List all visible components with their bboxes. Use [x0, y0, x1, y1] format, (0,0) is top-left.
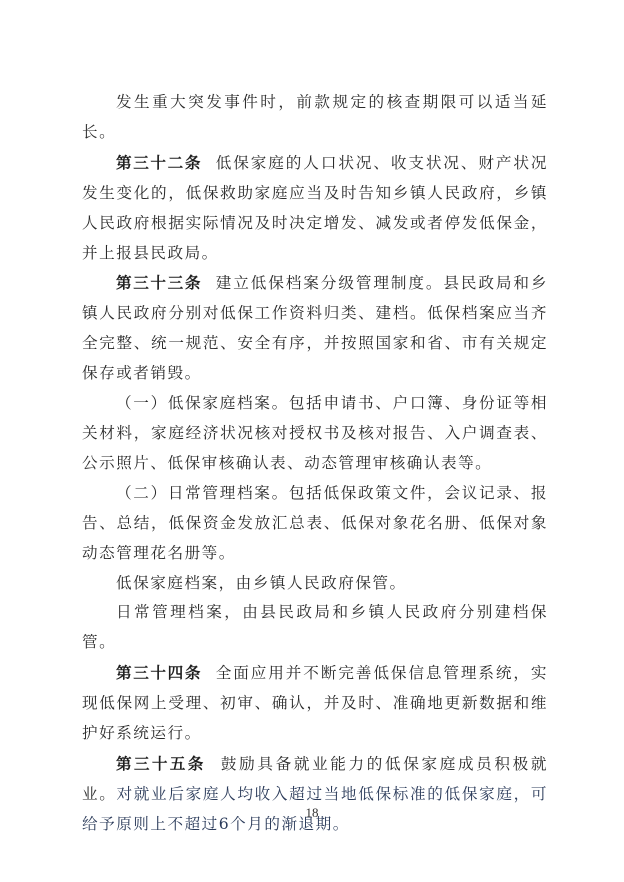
page-number: 18 — [0, 805, 624, 821]
item-daily-archive: （二）日常管理档案。包括低保政策文件，会议记录、报告、总结，低保资金发放汇总表、… — [82, 479, 548, 569]
paragraph-family-archive-custody: 低保家庭档案，由乡镇人民政府保管。 — [82, 569, 548, 599]
article-33: 第三十三条 建立低保档案分级管理制度。县民政局和乡镇人民政府分别对低保工作资料归… — [82, 268, 548, 389]
item-text: （一）低保家庭档案。包括申请书、户口簿、身份证等相关材料，家庭经济状况核对授权书… — [82, 394, 548, 472]
item-family-archive: （一）低保家庭档案。包括申请书、户口簿、身份证等相关材料，家庭经济状况核对授权书… — [82, 389, 548, 479]
article-34: 第三十四条 全面应用并不断完善低保信息管理系统，实现低保网上受理、初审、确认，并… — [82, 658, 548, 749]
article-35: 第三十五条 鼓励具备就业能力的低保家庭成员积极就业。对就业后家庭人均收入超过当地… — [82, 749, 548, 840]
article-number: 第三十三条 — [116, 273, 202, 292]
article-number: 第三十五条 — [116, 754, 206, 773]
article-number: 第三十二条 — [116, 153, 202, 172]
document-body: 发生重大突发事件时，前款规定的核查期限可以适当延长。 第三十二条 低保家庭的人口… — [82, 88, 548, 840]
paragraph-text: 发生重大突发事件时，前款规定的核查期限可以适当延长。 — [82, 93, 548, 141]
article-32: 第三十二条 低保家庭的人口状况、收支状况、财产状况发生变化的，低保救助家庭应当及… — [82, 148, 548, 269]
item-text: （二）日常管理档案。包括低保政策文件，会议记录、报告、总结，低保资金发放汇总表、… — [82, 484, 548, 562]
paragraph-text: 低保家庭档案，由乡镇人民政府保管。 — [116, 574, 407, 592]
paragraph-daily-archive-custody: 日常管理档案，由县民政局和乡镇人民政府分别建档保管。 — [82, 598, 548, 658]
article-number: 第三十四条 — [116, 663, 202, 682]
paragraph-continuation: 发生重大突发事件时，前款规定的核查期限可以适当延长。 — [82, 88, 548, 148]
paragraph-text: 日常管理档案，由县民政局和乡镇人民政府分别建档保管。 — [82, 603, 548, 651]
document-page: 发生重大突发事件时，前款规定的核查期限可以适当延长。 第三十二条 低保家庭的人口… — [0, 0, 624, 882]
